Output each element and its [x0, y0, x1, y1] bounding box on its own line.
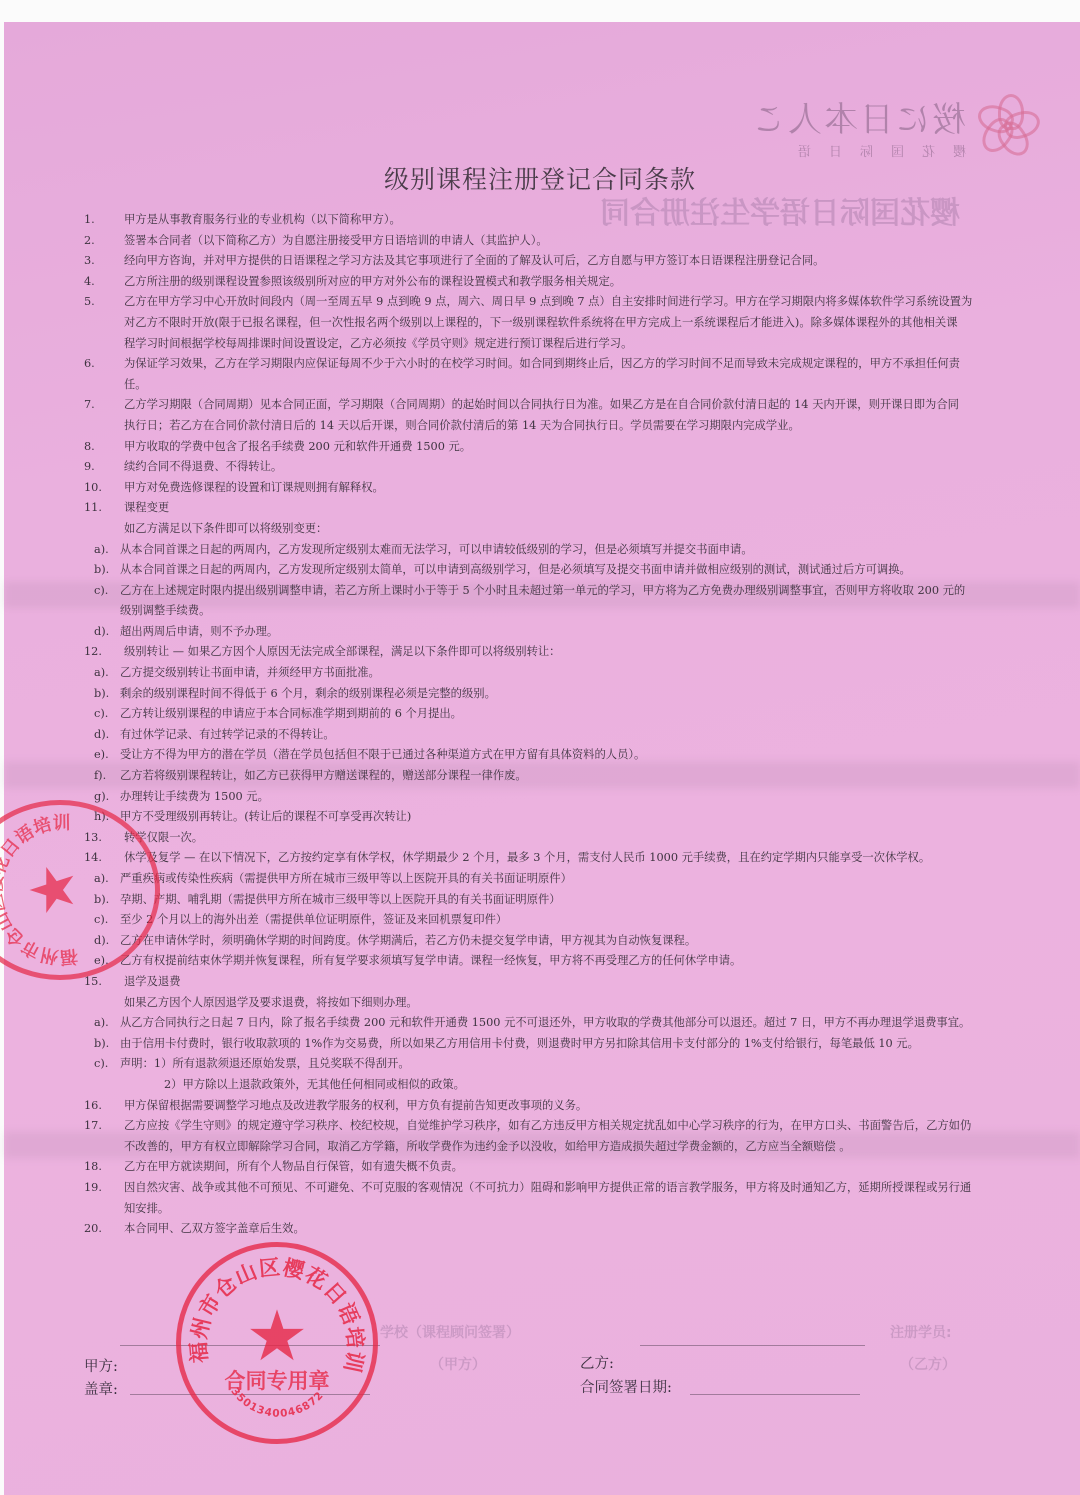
clause-row: 16.甲方保留根据需要调整学习地点及改进教学服务的权利，甲方负有提前告知更改事项…	[84, 1096, 1019, 1117]
clause-text: 乙方在申请休学时，须明确休学期的时间跨度。休学期满后，若乙方仍未提交复学申请，甲…	[120, 934, 696, 947]
clause-row: 执行日；若乙方在合同价款付清日后的 14 天以后开课，则合同价款付清后的第 14…	[84, 416, 1019, 437]
clause-text: 不改善的，甲方有权立即解除学习合同，取消乙方学籍，所收学费作为违约金予以没收，如…	[124, 1140, 851, 1153]
clause-row: h).甲方不受理级别再转让。(转让后的课程不可享受再次转让)	[84, 807, 1019, 828]
clause-text: 严重疾病或传染性疾病（需提供甲方所在城市三级甲等以上医院开具的有关书面证明原件）	[120, 872, 572, 885]
clause-row: 2.签署本合同者（以下简称乙方）为自愿注册接受甲方日语培训的申请人（其监护人）。	[84, 231, 1019, 252]
ghost-party-b: （乙方）	[900, 1354, 956, 1374]
clause-text: 续约合同不得退费、不得转让。	[124, 460, 282, 473]
clause-row: 12.级别转让 — 如果乙方因个人原因无法完成全部课程，满足以下条件即可以将级别…	[84, 642, 1019, 663]
clause-row: a).从本合同首课之日起的两周内，乙方发现所定级别太难而无法学习，可以申请较低级…	[84, 540, 1019, 561]
clause-text: 执行日；若乙方在合同价款付清日后的 14 天以后开课，则合同价款付清后的第 14…	[124, 419, 800, 432]
clause-number: a).	[94, 663, 124, 684]
clause-text: 从乙方合同执行之日起 7 日内，除了报名手续费 200 元和软件开通费 1500…	[120, 1016, 970, 1029]
clause-row: e).受让方不得为甲方的潜在学员（潜在学员包括但不限于已通过各种渠道方式在甲方留…	[84, 745, 1019, 766]
clause-text: 剩余的级别课程时间不得低于 6 个月，剩余的级别课程必须是完整的级别。	[120, 687, 496, 700]
clause-text: 乙方若将级别课程转让，如乙方已获得甲方赠送课程的，赠送部分课程一律作废。	[120, 769, 527, 782]
clause-text: 课程变更	[124, 501, 169, 514]
clause-row: 11.课程变更	[84, 498, 1019, 519]
clause-number: 2.	[84, 231, 114, 252]
clause-row: 对乙方不限时开放(限于已报名课程，但一次性报名两个级别以上课程的，下一级别课程软…	[84, 313, 1019, 334]
clause-row: c).乙方在上述规定时限内提出级别调整申请，若乙方所上课时小于等于 5 个小时且…	[84, 581, 1019, 602]
clause-row: e).乙方有权提前结束休学期并恢复课程，所有复学要求须填写复学申请。课程一经恢复…	[84, 951, 1019, 972]
clause-text: 任。	[124, 378, 147, 391]
clause-text: 退学及退费	[124, 975, 181, 988]
clause-number: a).	[94, 1013, 124, 1034]
clause-row: 19.因自然灾害、战争或其他不可预见、不可避免、不可克服的客观情况（不可抗力）阻…	[84, 1178, 1019, 1199]
clause-row: 如果乙方因个人原因退学及要求退费，将按如下细则办理。	[84, 993, 1019, 1014]
clause-text: 为保证学习效果，乙方在学习期限内应保证每周不少于六小时的在校学习时间。如合同到期…	[124, 357, 960, 370]
clause-row: b).由于信用卡付费时，银行收取款项的 1%作为交易费，所以如果乙方用信用卡付费…	[84, 1034, 1019, 1055]
clause-text: 孕期、产期、哺乳期（需提供甲方所在城市三级甲等以上医院开具的有关书面证明原件）	[120, 893, 561, 906]
clause-row: 18.乙方在甲方就读期间，所有个人物品自行保管，如有遗失概不负责。	[84, 1157, 1019, 1178]
clause-number: 5.	[84, 292, 114, 313]
clause-number: 9.	[84, 457, 114, 478]
clause-number: 6.	[84, 354, 114, 375]
clause-text: 乙方提交级别转让书面申请，并须经甲方书面批准。	[120, 666, 380, 679]
clause-list: 1.甲方是从事教育服务行业的专业机构（以下简称甲方）。2.签署本合同者（以下简称…	[84, 210, 1019, 1240]
clause-row: d).超出两周后申请，则不予办理。	[84, 622, 1019, 643]
clause-text: 乙方学习期限（合同周期）见本合同正面，学习期限（合同周期）的起始时间以合同执行日…	[124, 398, 959, 411]
clause-number: 16.	[84, 1096, 114, 1117]
clause-row: b).从本合同首课之日起的两周内，乙方发现所定级别太简单，可以申请到高级别学习，…	[84, 560, 1019, 581]
ghost-student-label: 注册学员:	[890, 1322, 952, 1342]
clause-text: 声明：1）所有退款须退还原始发票，且兑奖联不得刮开。	[120, 1057, 410, 1070]
clause-text: 从本合同首课之日起的两周内，乙方发现所定级别太难而无法学习，可以申请较低级别的学…	[120, 543, 753, 556]
clause-text: 由于信用卡付费时，银行收取款项的 1%作为交易费，所以如果乙方用信用卡付费，则退…	[120, 1037, 919, 1050]
clause-number: d).	[94, 622, 124, 643]
clause-row: 3.经向甲方咨询，并对甲方提供的日语课程之学习方法及其它事项进行了全面的了解及认…	[84, 251, 1019, 272]
clause-number: 20.	[84, 1219, 114, 1240]
clause-row: 7.乙方学习期限（合同周期）见本合同正面，学习期限（合同周期）的起始时间以合同执…	[84, 395, 1019, 416]
clause-number: c).	[94, 581, 124, 602]
clause-row: 知安排。	[84, 1199, 1019, 1220]
sign-date-label: 合同签署日期:	[580, 1376, 672, 1397]
clause-text: 经向甲方咨询，并对甲方提供的日语课程之学习方法及其它事项进行了全面的了解及认可后…	[124, 254, 824, 267]
clause-row: c).乙方转让级别课程的申请应于本合同标准学期到期前的 6 个月提出。	[84, 704, 1019, 725]
clause-text: 有过休学记录、有过转学记录的不得转让。	[120, 728, 335, 741]
clause-number: 3.	[84, 251, 114, 272]
clause-row: 6.为保证学习效果，乙方在学习期限内应保证每周不少于六小时的在校学习时间。如合同…	[84, 354, 1019, 375]
clause-row: 14.休学及复学 — 在以下情况下，乙方按约定享有休学权，休学期最少 2 个月，…	[84, 848, 1019, 869]
logo-sub-text: 樱花国际日语	[780, 141, 966, 160]
clause-number: c).	[94, 1054, 124, 1075]
clause-row: 9.续约合同不得退费、不得转让。	[84, 457, 1019, 478]
clause-text: 乙方在上述规定时限内提出级别调整申请，若乙方所上课时小于等于 5 个小时且未超过…	[120, 584, 965, 597]
clause-row: c).声明：1）所有退款须退还原始发票，且兑奖联不得刮开。	[84, 1054, 1019, 1075]
clause-row: a).从乙方合同执行之日起 7 日内，除了报名手续费 200 元和软件开通费 1…	[84, 1013, 1019, 1034]
clause-number: f).	[94, 766, 124, 787]
clause-row: 程学习时间根据学校每周排课时间设置设定，乙方必须按《学员守则》规定进行预订课程后…	[84, 334, 1019, 355]
clause-text: 甲方保留根据需要调整学习地点及改进教学服务的权利，甲方负有提前告知更改事项的义务…	[124, 1099, 587, 1112]
logo-main-text: 桜に日本人こ	[750, 92, 966, 141]
clause-text: 知安排。	[124, 1202, 169, 1215]
clause-text: 如乙方满足以下条件即可以将级别变更：	[124, 522, 327, 535]
clause-text: 对乙方不限时开放(限于已报名课程，但一次性报名两个级别以上课程的，下一级别课程软…	[124, 316, 958, 329]
clause-text: 乙方在甲方就读期间，所有个人物品自行保管，如有遗失概不负责。	[124, 1160, 463, 1173]
clause-number: b).	[94, 560, 124, 581]
clause-number: 11.	[84, 498, 114, 519]
clause-row: 15.退学及退费	[84, 972, 1019, 993]
school-logo: 桜に日本人こ 樱花国际日语	[750, 92, 1040, 160]
clause-number: 10.	[84, 478, 114, 499]
clause-row: a).严重疾病或传染性疾病（需提供甲方所在城市三级甲等以上医院开具的有关书面证明…	[84, 869, 1019, 890]
clause-text: 甲方对免费选修课程的设置和订课规则拥有解释权。	[124, 481, 384, 494]
clause-number: 19.	[84, 1178, 114, 1199]
clause-row: 13.转学仅限一次。	[84, 828, 1019, 849]
clause-number: 12.	[84, 642, 114, 663]
clause-row: 2）甲方除以上退款政策外，无其他任何相同或相似的政策。	[84, 1075, 1019, 1096]
date-line	[690, 1394, 860, 1395]
clause-text: 乙方转让级别课程的申请应于本合同标准学期到期前的 6 个月提出。	[120, 707, 462, 720]
ghost-school-sign: 学校（课程顾问签署）	[380, 1322, 520, 1342]
clause-row: 不改善的，甲方有权立即解除学习合同，取消乙方学籍，所收学费作为违约金予以没收，如…	[84, 1137, 1019, 1158]
clause-text: 甲方不受理级别再转让。(转让后的课程不可享受再次转让)	[120, 810, 411, 823]
clause-text: 2）甲方除以上退款政策外，无其他任何相同或相似的政策。	[164, 1078, 465, 1091]
clause-text: 甲方收取的学费中包含了报名手续费 200 元和软件开通费 1500 元。	[124, 440, 471, 453]
clause-text: 受让方不得为甲方的潜在学员（潜在学员包括但不限于已通过各种渠道方式在甲方留有具体…	[120, 748, 645, 761]
clause-row: c).至少 2 个月以上的海外出差（需提供单位证明原件，签证及来回机票复印件）	[84, 910, 1019, 931]
clause-text: 程学习时间根据学校每周排课时间设置设定，乙方必须按《学员守则》规定进行预订课程后…	[124, 337, 632, 350]
clause-number: 1.	[84, 210, 114, 231]
clause-number: e).	[94, 745, 124, 766]
clause-row: 如乙方满足以下条件即可以将级别变更：	[84, 519, 1019, 540]
clause-row: d).乙方在申请休学时，须明确休学期的时间跨度。休学期满后，若乙方仍未提交复学申…	[84, 931, 1019, 952]
clause-text: 乙方所注册的级别课程设置参照该级别所对应的甲方对外公布的课程设置模式和教学服务相…	[124, 275, 621, 288]
clause-row: g).办理转让手续费为 1500 元。	[84, 787, 1019, 808]
clause-number: d).	[94, 725, 124, 746]
party-b-label: 乙方:	[580, 1352, 614, 1373]
clause-row: 1.甲方是从事教育服务行业的专业机构（以下简称甲方）。	[84, 210, 1019, 231]
document-title: 级别课程注册登记合同条款	[0, 160, 1080, 196]
clause-text: 级别转让 — 如果乙方因个人原因无法完成全部课程，满足以下条件即可以将级别转让：	[124, 645, 560, 658]
ghost-party-a: （甲方）	[430, 1354, 486, 1374]
sakura-flower-icon	[976, 94, 1040, 158]
clause-row: f).乙方若将级别课程转让，如乙方已获得甲方赠送课程的，赠送部分课程一律作废。	[84, 766, 1019, 787]
contract-seal-stamp: 福州市仓山区樱花日语培训中心 3501340046872 ★ 合同专用章	[176, 1242, 378, 1444]
clause-row: a).乙方提交级别转让书面申请，并须经甲方书面批准。	[84, 663, 1019, 684]
clause-text: 乙方在甲方学习中心开放时间段内（周一至周五早 9 点到晚 9 点，周六、周日早 …	[124, 295, 972, 308]
clause-row: 17.乙方应按《学生守则》的规定遵守学习秩序、校纪校规，自觉维护学习秩序，如有乙…	[84, 1116, 1019, 1137]
signature-line	[640, 1345, 865, 1346]
clause-number: 8.	[84, 437, 114, 458]
clause-row: d).有过休学记录、有过转学记录的不得转让。	[84, 725, 1019, 746]
clause-number: b).	[94, 684, 124, 705]
clause-text: 至少 2 个月以上的海外出差（需提供单位证明原件，签证及来回机票复印件）	[120, 913, 507, 926]
clause-row: 级别调整手续费。	[84, 601, 1019, 622]
clause-row: b).孕期、产期、哺乳期（需提供甲方所在城市三级甲等以上医院开具的有关书面证明原…	[84, 890, 1019, 911]
clause-number: 17.	[84, 1116, 114, 1137]
clause-number: a).	[94, 540, 124, 561]
star-icon: ★	[18, 863, 88, 917]
clause-text: 级别调整手续费。	[120, 604, 210, 617]
clause-text: 甲方是从事教育服务行业的专业机构（以下简称甲方）。	[124, 213, 401, 226]
clause-text: 休学及复学 — 在以下情况下，乙方按约定享有休学权，休学期最少 2 个月，最多 …	[124, 851, 930, 864]
clause-row: 任。	[84, 375, 1019, 396]
clause-number: 4.	[84, 272, 114, 293]
clause-number: b).	[94, 1034, 124, 1055]
clause-text: 如果乙方因个人原因退学及要求退费，将按如下细则办理。	[124, 996, 418, 1009]
clause-text: 因自然灾害、战争或其他不可预见、不可避免、不可克服的客观情况（不可抗力）阻碍和影…	[124, 1181, 971, 1194]
clause-text: 乙方有权提前结束休学期并恢复课程，所有复学要求须填写复学申请。课程一经恢复，甲方…	[120, 954, 741, 967]
clause-row: 10.甲方对免费选修课程的设置和订课规则拥有解释权。	[84, 478, 1019, 499]
clause-row: 20.本合同甲、乙双方签字盖章后生效。	[84, 1219, 1019, 1240]
clause-text: 签署本合同者（以下简称乙方）为自愿注册接受甲方日语培训的申请人（其监护人）。	[124, 234, 548, 247]
seal-center-text: 合同专用章	[225, 1365, 330, 1395]
star-icon: ★	[246, 1301, 309, 1371]
clause-number: 7.	[84, 395, 114, 416]
clause-number: c).	[94, 704, 124, 725]
clause-text: 乙方应按《学生守则》的规定遵守学习秩序、校纪校规，自觉维护学习秩序，如有乙方违反…	[124, 1119, 971, 1132]
clause-text: 从本合同首课之日起的两周内，乙方发现所定级别太简单，可以申请到高级别学习，但是必…	[120, 563, 911, 576]
seal-label: 盖章:	[84, 1378, 118, 1399]
party-a-label: 甲方:	[84, 1355, 118, 1376]
clause-row: 8.甲方收取的学费中包含了报名手续费 200 元和软件开通费 1500 元。	[84, 437, 1019, 458]
clause-row: b).剩余的级别课程时间不得低于 6 个月，剩余的级别课程必须是完整的级别。	[84, 684, 1019, 705]
clause-row: 4.乙方所注册的级别课程设置参照该级别所对应的甲方对外公布的课程设置模式和教学服…	[84, 272, 1019, 293]
clause-row: 5.乙方在甲方学习中心开放时间段内（周一至周五早 9 点到晚 9 点，周六、周日…	[84, 292, 1019, 313]
clause-number: 18.	[84, 1157, 114, 1178]
side-seal-stamp: 福州市仓山区樱花日语培训中心 ★	[0, 800, 160, 980]
clause-text: 办理转让手续费为 1500 元。	[120, 790, 269, 803]
clause-text: 本合同甲、乙双方签字盖章后生效。	[124, 1222, 305, 1235]
clause-text: 超出两周后申请，则不予办理。	[120, 625, 278, 638]
